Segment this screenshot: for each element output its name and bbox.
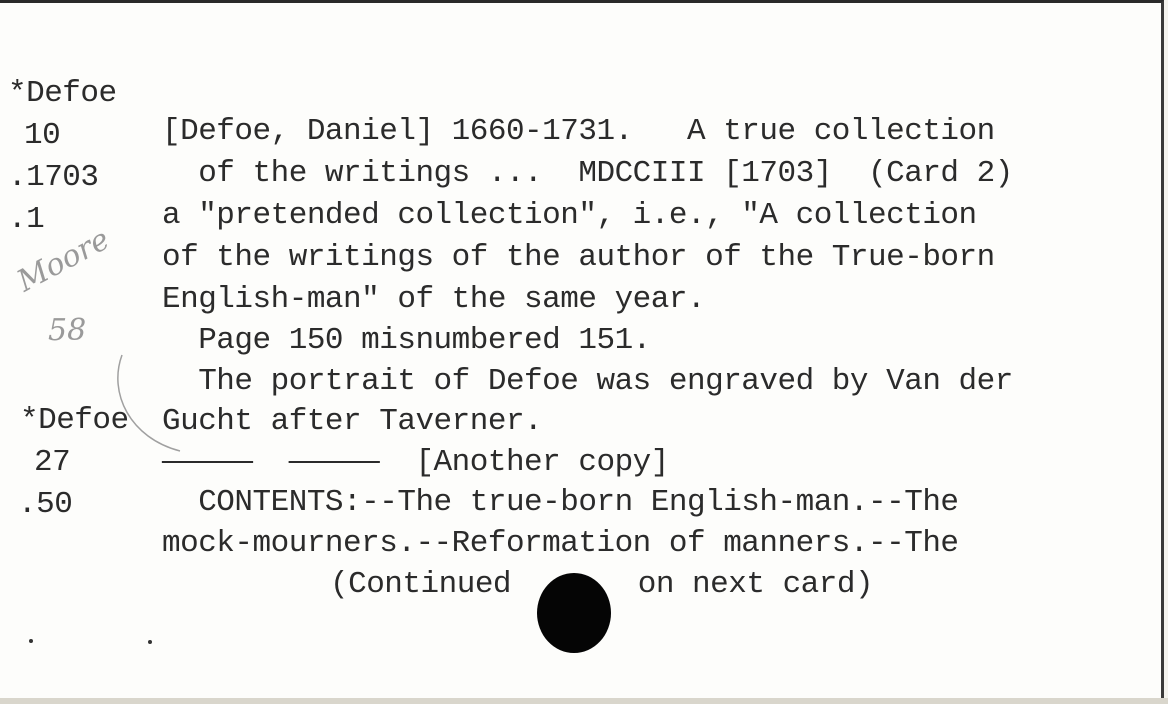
- body-line-2: of the writings ... MDCCIII [1703] (Card…: [162, 158, 1013, 189]
- call-number-line-1: *Defoe: [8, 78, 117, 109]
- handwritten-number: 58: [48, 313, 86, 348]
- card-bottom-edge: [0, 698, 1168, 704]
- body-line-5: English-man" of the same year.: [162, 284, 705, 315]
- speck: [148, 640, 152, 644]
- body-line-9: ————— ————— [Another copy]: [162, 447, 669, 478]
- punch-hole: [537, 573, 611, 653]
- call-number-line-4: .1: [8, 204, 44, 235]
- call-number-line-3: .1703: [8, 162, 99, 193]
- body-line-10: CONTENTS:--The true-born English-man.--T…: [162, 487, 959, 518]
- second-call-number-line-1: *Defoe: [20, 405, 129, 436]
- body-line-1: [Defoe, Daniel] 1660-1731. A true collec…: [162, 116, 995, 147]
- catalog-card: *Defoe 10 .1703 .1 Moore 58 *Defoe 27 .5…: [0, 0, 1164, 700]
- second-call-number-line-2: 27: [34, 447, 70, 478]
- body-line-3: a "pretended collection", i.e., "A colle…: [162, 200, 977, 231]
- second-call-number-line-3: .50: [18, 489, 72, 520]
- speck: [29, 639, 33, 643]
- call-number-line-2: 10: [24, 120, 60, 151]
- body-line-6: Page 150 misnumbered 151.: [162, 325, 651, 356]
- body-line-11: mock-mourners.--Reformation of manners.-…: [162, 528, 959, 559]
- body-line-4: of the writings of the author of the Tru…: [162, 242, 995, 273]
- body-line-8: Gucht after Taverner.: [162, 406, 542, 437]
- body-line-7: The portrait of Defoe was engraved by Va…: [162, 366, 1013, 397]
